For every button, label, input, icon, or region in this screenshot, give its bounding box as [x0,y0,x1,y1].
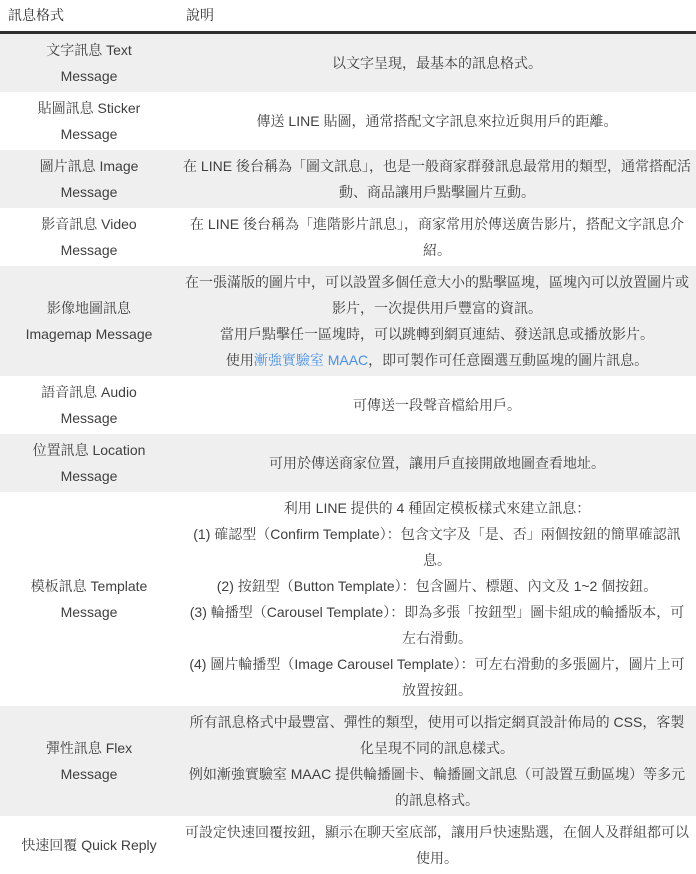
description-line: 傳送 LINE 貼圖，通常搭配文字訊息來拉近與用戶的距離。 [183,108,691,134]
column-header-description: 說明 [178,0,696,33]
format-label: Message [12,179,166,205]
description-cell: 可傳送一段聲音檔給用戶。 [178,376,696,434]
description-cell: 利用 LINE 提供的 4 種固定模板樣式來建立訊息：(1) 確認型（Confi… [178,492,696,706]
description-line: 例如漸強實驗室 MAAC 提供輪播圖卡、輪播圖文訊息（可設置互動區塊）等多元的訊… [183,761,691,813]
description-text: 可傳送一段聲音檔給用戶。 [353,397,521,413]
table-header: 訊息格式 說明 [0,0,696,33]
description-cell: 傳送 LINE 貼圖，通常搭配文字訊息來拉近與用戶的距離。 [178,92,696,150]
format-label: 快速回覆 Quick Reply [12,832,166,858]
description-cell: 在 LINE 後台稱為「圖文訊息」，也是一般商家群發訊息最常用的類型，通常搭配活… [178,150,696,208]
table-row: 語音訊息 AudioMessage可傳送一段聲音檔給用戶。 [0,376,696,434]
format-label: 圖片訊息 Image [12,153,166,179]
format-cell: 文字訊息 TextMessage [0,33,178,93]
maac-link[interactable]: 漸強實驗室 MAAC [254,352,368,368]
column-header-format: 訊息格式 [0,0,178,33]
format-label: 貼圖訊息 Sticker [12,95,166,121]
table-row: 模板訊息 TemplateMessage利用 LINE 提供的 4 種固定模板樣… [0,492,696,706]
description-line: (3) 輪播型（Carousel Template）：即為多張「按鈕型」圖卡組成… [183,599,691,651]
description-line: 可傳送一段聲音檔給用戶。 [183,392,691,418]
description-line: (2) 按鈕型（Button Template）：包含圖片、標題、內文及 1~2… [183,573,691,599]
table-row: 貼圖訊息 StickerMessage傳送 LINE 貼圖，通常搭配文字訊息來拉… [0,92,696,150]
message-format-table: 訊息格式 說明 文字訊息 TextMessage以文字呈現，最基本的訊息格式。貼… [0,0,696,874]
description-line: 當用戶點擊任一區塊時，可以跳轉到網頁連結、發送訊息或播放影片。 [183,321,691,347]
description-line: 以文字呈現，最基本的訊息格式。 [183,50,691,76]
table-row: 彈性訊息 FlexMessage所有訊息格式中最豐富、彈性的類型，使用可以指定網… [0,706,696,816]
description-cell: 可用於傳送商家位置，讓用戶直接開啟地圖查看地址。 [178,434,696,492]
description-cell: 在一張滿版的圖片中，可以設置多個任意大小的點擊區塊，區塊內可以放置圖片或影片，一… [178,266,696,376]
description-cell: 在 LINE 後台稱為「進階影片訊息」，商家常用於傳送廣告影片，搭配文字訊息介紹… [178,208,696,266]
format-label: Message [12,405,166,431]
description-line: (4) 圖片輪播型（Image Carousel Template）：可左右滑動… [183,651,691,703]
table-row: 影像地圖訊息Imagemap Message在一張滿版的圖片中，可以設置多個任意… [0,266,696,376]
description-text: (1) 確認型（Confirm Template）：包含文字及「是、否」兩個按鈕… [193,526,680,568]
description-text: 使用 [226,352,254,368]
description-cell: 所有訊息格式中最豐富、彈性的類型，使用可以指定網頁設計佈局的 CSS，客製化呈現… [178,706,696,816]
table-row: 文字訊息 TextMessage以文字呈現，最基本的訊息格式。 [0,33,696,93]
table-body: 文字訊息 TextMessage以文字呈現，最基本的訊息格式。貼圖訊息 Stic… [0,33,696,874]
description-line: 可設定快速回覆按鈕，顯示在聊天室底部，讓用戶快速點選，在個人及群組都可以使用。 [183,819,691,871]
format-cell: 貼圖訊息 StickerMessage [0,92,178,150]
format-label: Message [12,237,166,263]
description-text: (3) 輪播型（Carousel Template）：即為多張「按鈕型」圖卡組成… [190,604,684,646]
description-line: (1) 確認型（Confirm Template）：包含文字及「是、否」兩個按鈕… [183,521,691,573]
format-cell: 圖片訊息 ImageMessage [0,150,178,208]
format-label: 影像地圖訊息 [12,295,166,321]
format-cell: 模板訊息 TemplateMessage [0,492,178,706]
format-cell: 影像地圖訊息Imagemap Message [0,266,178,376]
description-text: 在 LINE 後台稱為「進階影片訊息」，商家常用於傳送廣告影片，搭配文字訊息介紹… [190,216,684,258]
format-label: Message [12,599,166,625]
description-cell: 以文字呈現，最基本的訊息格式。 [178,33,696,93]
description-text: 在 LINE 後台稱為「圖文訊息」，也是一般商家群發訊息最常用的類型，通常搭配活… [183,158,691,200]
format-cell: 彈性訊息 FlexMessage [0,706,178,816]
description-text: 以文字呈現，最基本的訊息格式。 [332,55,542,71]
description-line: 所有訊息格式中最豐富、彈性的類型，使用可以指定網頁設計佈局的 CSS，客製化呈現… [183,709,691,761]
description-text: 可設定快速回覆按鈕，顯示在聊天室底部，讓用戶快速點選，在個人及群組都可以使用。 [185,824,689,866]
description-line: 在 LINE 後台稱為「進階影片訊息」，商家常用於傳送廣告影片，搭配文字訊息介紹… [183,211,691,263]
format-label: 語音訊息 Audio [12,379,166,405]
table-row: 位置訊息 LocationMessage可用於傳送商家位置，讓用戶直接開啟地圖查… [0,434,696,492]
description-text: ，即可製作可任意圈選互動區塊的圖片訊息。 [368,352,648,368]
format-cell: 影音訊息 VideoMessage [0,208,178,266]
description-text: 傳送 LINE 貼圖，通常搭配文字訊息來拉近與用戶的距離。 [257,113,618,129]
description-line: 在一張滿版的圖片中，可以設置多個任意大小的點擊區塊，區塊內可以放置圖片或影片，一… [183,269,691,321]
table-row: 圖片訊息 ImageMessage在 LINE 後台稱為「圖文訊息」，也是一般商… [0,150,696,208]
format-cell: 位置訊息 LocationMessage [0,434,178,492]
description-text: (2) 按鈕型（Button Template）：包含圖片、標題、內文及 1~2… [217,578,657,594]
description-line: 使用漸強實驗室 MAAC，即可製作可任意圈選互動區塊的圖片訊息。 [183,347,691,373]
format-label: 文字訊息 Text [12,37,166,63]
description-cell: 可設定快速回覆按鈕，顯示在聊天室底部，讓用戶快速點選，在個人及群組都可以使用。 [178,816,696,874]
description-text: 當用戶點擊任一區塊時，可以跳轉到網頁連結、發送訊息或播放影片。 [220,326,654,342]
format-label: Message [12,463,166,489]
table-row: 影音訊息 VideoMessage在 LINE 後台稱為「進階影片訊息」，商家常… [0,208,696,266]
format-label: 彈性訊息 Flex [12,735,166,761]
description-text: (4) 圖片輪播型（Image Carousel Template）：可左右滑動… [189,656,684,698]
format-label: 模板訊息 Template [12,573,166,599]
format-label: 位置訊息 Location [12,437,166,463]
format-label: Message [12,63,166,89]
description-text: 利用 LINE 提供的 4 種固定模板樣式來建立訊息： [284,500,590,516]
description-text: 在一張滿版的圖片中，可以設置多個任意大小的點擊區塊，區塊內可以放置圖片或影片，一… [185,274,689,316]
format-label: Imagemap Message [12,321,166,347]
description-line: 在 LINE 後台稱為「圖文訊息」，也是一般商家群發訊息最常用的類型，通常搭配活… [183,153,691,205]
format-label: Message [12,121,166,147]
format-label: 影音訊息 Video [12,211,166,237]
format-cell: 快速回覆 Quick Reply [0,816,178,874]
description-text: 可用於傳送商家位置，讓用戶直接開啟地圖查看地址。 [269,455,605,471]
description-text: 所有訊息格式中最豐富、彈性的類型，使用可以指定網頁設計佈局的 CSS，客製化呈現… [190,714,685,756]
format-cell: 語音訊息 AudioMessage [0,376,178,434]
description-text: 例如漸強實驗室 MAAC 提供輪播圖卡、輪播圖文訊息（可設置互動區塊）等多元的訊… [189,766,685,808]
table-row: 快速回覆 Quick Reply可設定快速回覆按鈕，顯示在聊天室底部，讓用戶快速… [0,816,696,874]
description-line: 利用 LINE 提供的 4 種固定模板樣式來建立訊息： [183,495,691,521]
description-line: 可用於傳送商家位置，讓用戶直接開啟地圖查看地址。 [183,450,691,476]
format-label: Message [12,761,166,787]
